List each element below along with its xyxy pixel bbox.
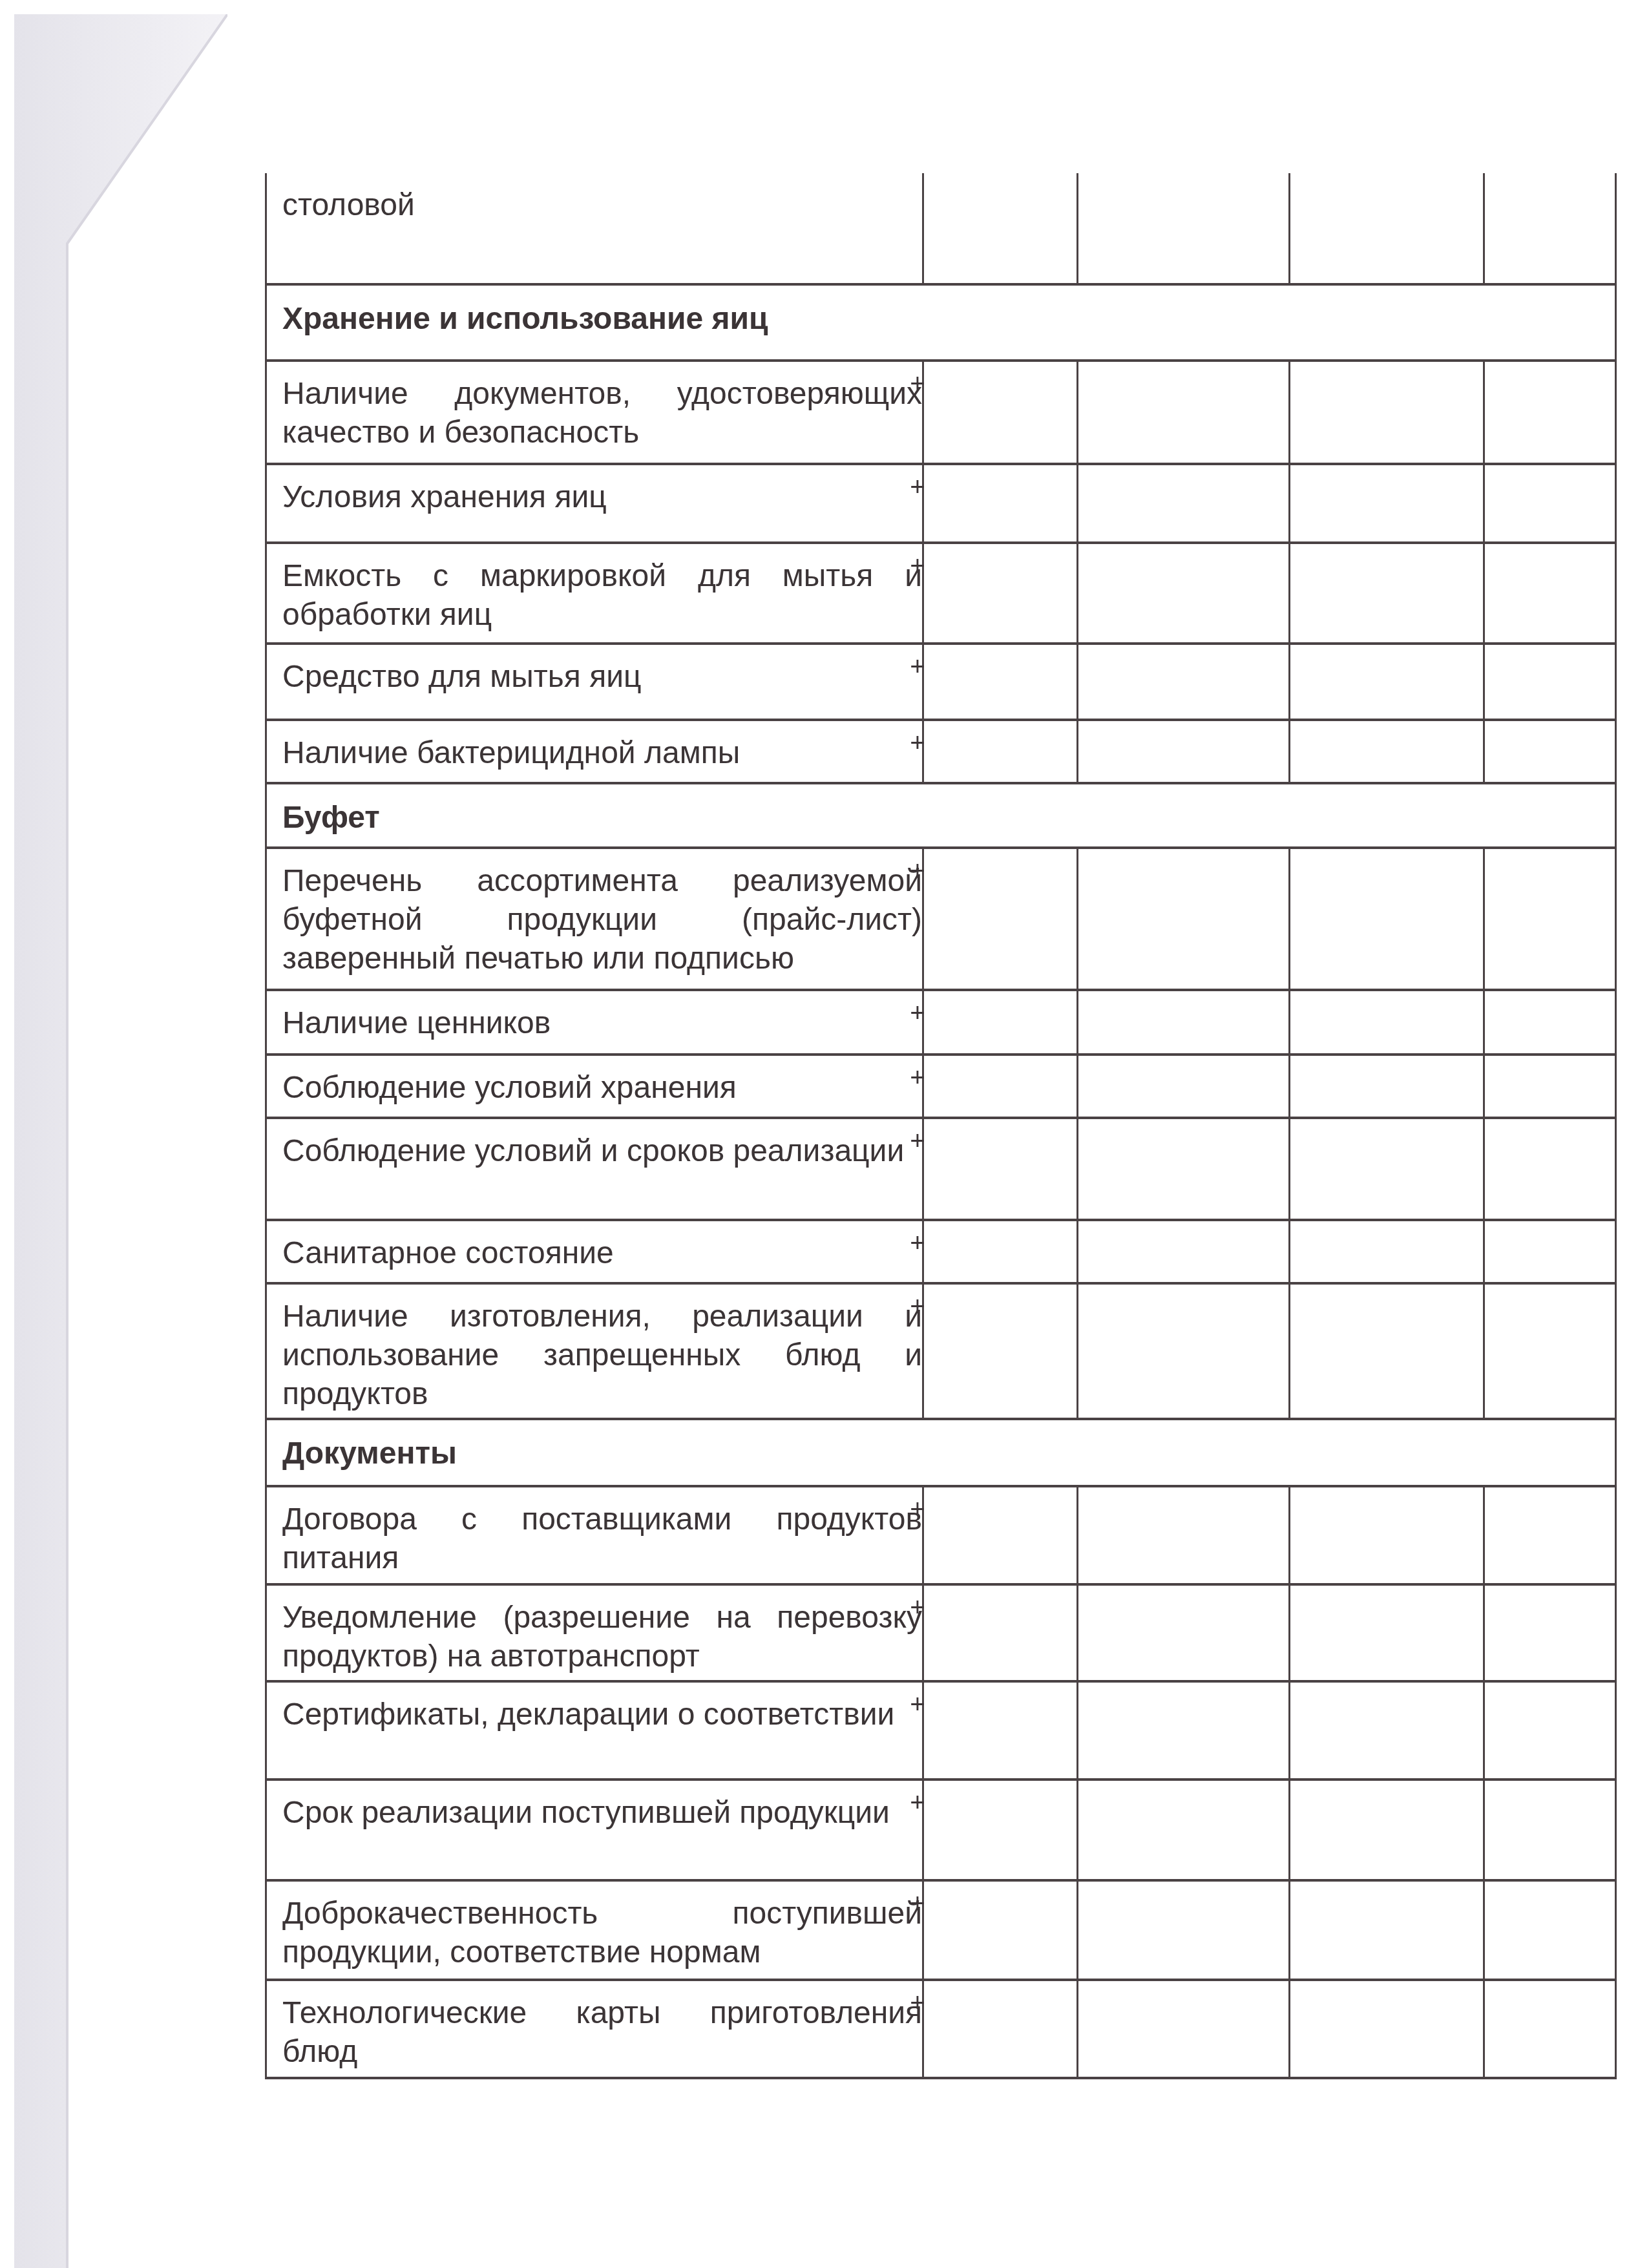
mark-cell-4[interactable]: [1483, 1119, 1619, 1219]
mark-cell-2[interactable]: [1077, 1487, 1288, 1583]
mark-cell-1[interactable]: [922, 1056, 1077, 1117]
mark-cell-4[interactable]: [1483, 991, 1619, 1053]
mark-cell-4[interactable]: [1483, 465, 1619, 541]
section-title: Хранение и использование яиц: [282, 300, 922, 339]
mark-cell-4[interactable]: [1483, 1056, 1619, 1117]
table-row: Наличие ценников+: [265, 991, 1617, 1056]
plus-mark: +: [898, 1230, 937, 1256]
row-label: Санитарное состояние: [282, 1234, 922, 1273]
mark-cell-3[interactable]: [1288, 721, 1483, 782]
row-label: Соблюдение условий хранения: [282, 1069, 922, 1108]
mark-cell-2[interactable]: [1077, 1683, 1288, 1778]
row-label: Условия хранения яиц: [282, 478, 922, 517]
plus-mark: +: [898, 1000, 937, 1026]
table-row: Срок реализации поступившей продукции+: [265, 1781, 1617, 1882]
plus-mark: +: [898, 371, 937, 397]
row-label: Наличие документов, удостоверяющих качес…: [282, 375, 922, 452]
mark-cell-2[interactable]: [1077, 465, 1288, 541]
mark-cell-1[interactable]: [922, 645, 1077, 719]
mark-cell-4[interactable]: [1483, 173, 1619, 283]
mark-cell-1[interactable]: [922, 1981, 1077, 2077]
mark-cell-4[interactable]: [1483, 1487, 1619, 1583]
plus-mark: +: [898, 1990, 937, 2016]
mark-cell-1[interactable]: [922, 1119, 1077, 1219]
row-label: Наличие изготовления, реализации и испол…: [282, 1297, 922, 1414]
row-label: Срок реализации поступившей продукции: [282, 1794, 922, 1832]
table-row: Соблюдение условий и сроков реализации+: [265, 1119, 1617, 1221]
table-row: Наличие бактерицидной лампы+: [265, 721, 1617, 784]
plus-mark: +: [898, 1496, 937, 1522]
mark-cell-4[interactable]: [1483, 362, 1619, 463]
mark-cell-2[interactable]: [1077, 1882, 1288, 1979]
table-row: Доброкачественность поступившей продукци…: [265, 1882, 1617, 1981]
mark-cell-1[interactable]: [922, 465, 1077, 541]
table-row: Технологические карты приготовления блюд…: [265, 1981, 1617, 2079]
mark-cell-4[interactable]: [1483, 1683, 1619, 1778]
mark-cell-3[interactable]: [1288, 1056, 1483, 1117]
mark-cell-3[interactable]: [1288, 1487, 1483, 1583]
section-header-row: Хранение и использование яиц: [265, 286, 1617, 362]
table-row: Перечень ассортимента реализуемой буфетн…: [265, 849, 1617, 991]
mark-cell-3[interactable]: [1288, 1781, 1483, 1879]
mark-cell-2[interactable]: [1077, 544, 1288, 642]
row-label: Наличие бактерицидной лампы: [282, 734, 922, 773]
section-title: Буфет: [282, 799, 922, 837]
mark-cell-3[interactable]: [1288, 1981, 1483, 2077]
table-row: Сертификаты, декларации о соответствии+: [265, 1683, 1617, 1781]
mark-cell-3[interactable]: [1288, 1119, 1483, 1219]
mark-cell-1[interactable]: [922, 1285, 1077, 1418]
table-row: Договора с поставщиками продуктов питани…: [265, 1487, 1617, 1586]
mark-cell-4[interactable]: [1483, 1221, 1619, 1282]
mark-cell-1[interactable]: [922, 849, 1077, 989]
plus-mark: +: [898, 858, 937, 884]
plus-mark: +: [898, 474, 937, 500]
mark-cell-3[interactable]: [1288, 1586, 1483, 1680]
row-label: Договора с поставщиками продуктов питани…: [282, 1500, 922, 1578]
mark-cell-4[interactable]: [1483, 1285, 1619, 1418]
mark-cell-2[interactable]: [1077, 1285, 1288, 1418]
table-row: Санитарное состояние+: [265, 1221, 1617, 1285]
mark-cell-3[interactable]: [1288, 544, 1483, 642]
mark-cell-4[interactable]: [1483, 645, 1619, 719]
mark-cell-1[interactable]: [922, 544, 1077, 642]
mark-cell-3[interactable]: [1288, 1221, 1483, 1282]
row-label: Емкость с маркировкой для мытья и обрабо…: [282, 557, 922, 635]
mark-cell-1[interactable]: [922, 721, 1077, 782]
table-row: Емкость с маркировкой для мытья и обрабо…: [265, 544, 1617, 645]
mark-cell-3[interactable]: [1288, 1683, 1483, 1778]
plus-mark: +: [898, 1128, 937, 1154]
plus-mark: +: [898, 1595, 937, 1621]
section-title: Документы: [282, 1434, 922, 1473]
section-header-row: Буфет: [265, 784, 1617, 849]
plus-mark: +: [898, 1692, 937, 1717]
section-header-row: Документы: [265, 1420, 1617, 1487]
table-row: Уведомление (разрешение на перевозку про…: [265, 1586, 1617, 1683]
mark-cell-2[interactable]: [1077, 1781, 1288, 1879]
mark-cell-3[interactable]: [1288, 991, 1483, 1053]
mark-cell-1[interactable]: [922, 1586, 1077, 1680]
mark-cell-2[interactable]: [1077, 362, 1288, 463]
table-row: Соблюдение условий хранения+: [265, 1056, 1617, 1119]
row-label: Технологические карты приготовления блюд: [282, 1994, 922, 2072]
plus-mark: +: [898, 730, 937, 756]
plus-mark: +: [898, 1294, 937, 1319]
mark-cell-2[interactable]: [1077, 1586, 1288, 1680]
mark-cell-1[interactable]: [922, 991, 1077, 1053]
mark-cell-1[interactable]: [922, 1781, 1077, 1879]
plus-mark: +: [898, 553, 937, 579]
table-row: Наличие изготовления, реализации и испол…: [265, 1285, 1617, 1420]
mark-cell-4[interactable]: [1483, 1981, 1619, 2077]
table-row: столовой: [265, 173, 1617, 286]
row-label: Перечень ассортимента реализуемой буфетн…: [282, 862, 922, 978]
inspection-checklist-table: столовойХранение и использование яицНали…: [265, 173, 1617, 2079]
mark-cell-4[interactable]: [1483, 1882, 1619, 1979]
plus-mark: +: [898, 1891, 937, 1916]
mark-cell-1[interactable]: [922, 1683, 1077, 1778]
mark-cell-2[interactable]: [1077, 173, 1288, 283]
mark-cell-4[interactable]: [1483, 1586, 1619, 1680]
row-label: столовой: [282, 186, 922, 225]
table-row: Условия хранения яиц+: [265, 465, 1617, 544]
mark-cell-3[interactable]: [1288, 173, 1483, 283]
table-row: Средство для мытья яиц+: [265, 645, 1617, 721]
mark-cell-1[interactable]: [922, 1221, 1077, 1282]
mark-cell-3[interactable]: [1288, 1882, 1483, 1979]
row-label: Доброкачественность поступившей продукци…: [282, 1895, 922, 1972]
mark-cell-2[interactable]: [1077, 1981, 1288, 2077]
mark-cell-3[interactable]: [1288, 645, 1483, 719]
scan-fold-shadow: [14, 14, 227, 2268]
row-label: Уведомление (разрешение на перевозку про…: [282, 1599, 922, 1676]
table-row: Наличие документов, удостоверяющих качес…: [265, 362, 1617, 465]
mark-cell-1[interactable]: [922, 1487, 1077, 1583]
plus-mark: +: [898, 654, 937, 680]
mark-cell-1[interactable]: [922, 1882, 1077, 1979]
mark-cell-4[interactable]: [1483, 721, 1619, 782]
mark-cell-2[interactable]: [1077, 1119, 1288, 1219]
mark-cell-2[interactable]: [1077, 721, 1288, 782]
row-label: Соблюдение условий и сроков реализации: [282, 1132, 922, 1171]
mark-cell-2[interactable]: [1077, 1221, 1288, 1282]
row-label: Средство для мытья яиц: [282, 658, 922, 697]
mark-cell-1[interactable]: [922, 362, 1077, 463]
mark-cell-3[interactable]: [1288, 362, 1483, 463]
mark-cell-3[interactable]: [1288, 1285, 1483, 1418]
mark-cell-2[interactable]: [1077, 645, 1288, 719]
row-label: Наличие ценников: [282, 1004, 922, 1043]
plus-mark: +: [898, 1065, 937, 1091]
mark-cell-1[interactable]: [922, 173, 1077, 283]
mark-cell-4[interactable]: [1483, 1781, 1619, 1879]
mark-cell-3[interactable]: [1288, 849, 1483, 989]
plus-mark: +: [898, 1790, 937, 1816]
mark-cell-3[interactable]: [1288, 465, 1483, 541]
mark-cell-2[interactable]: [1077, 991, 1288, 1053]
mark-cell-2[interactable]: [1077, 849, 1288, 989]
mark-cell-4[interactable]: [1483, 849, 1619, 989]
row-label: Сертификаты, декларации о соответствии: [282, 1696, 922, 1734]
mark-cell-4[interactable]: [1483, 544, 1619, 642]
mark-cell-2[interactable]: [1077, 1056, 1288, 1117]
